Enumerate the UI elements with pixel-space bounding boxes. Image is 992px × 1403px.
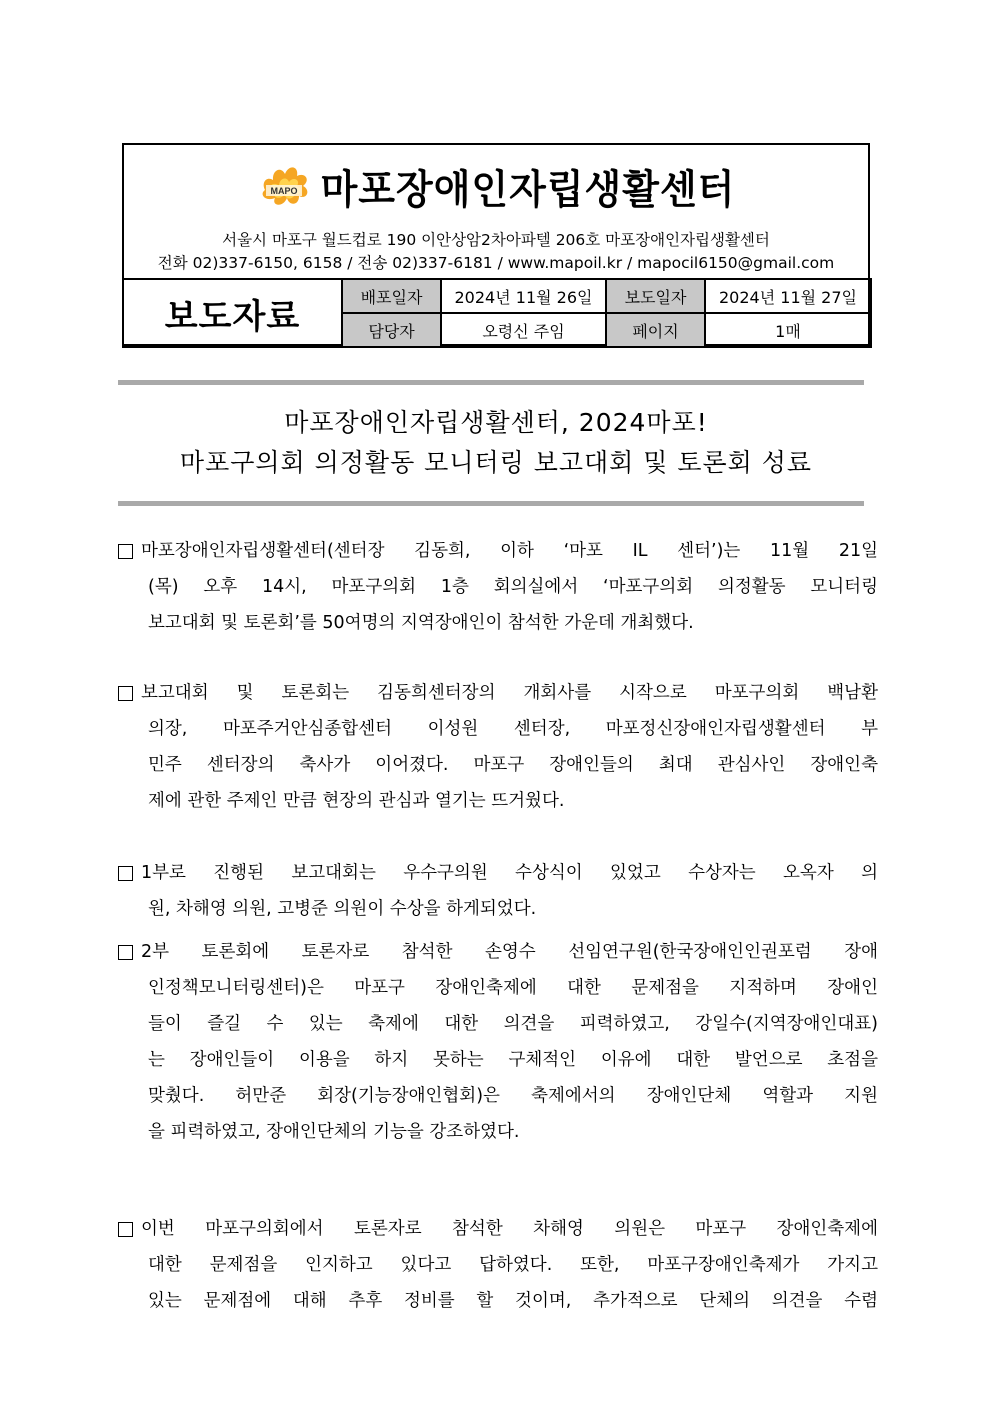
paragraph-4: 2부 토론회에 토론자로 참석한 손영수 선임연구원(한국장애인인권포럼 장애 … [118, 934, 878, 1150]
paragraph-2: 보고대회 및 토론회는 김동희센터장의 개회사를 시작으로 마포구의회 백남환 … [118, 675, 878, 819]
paragraph-line: 원, 차해영 의원, 고병준 의원이 수상을 하게되었다. [118, 891, 878, 927]
paragraph-line: 의장, 마포주거안심종합센터 이성원 센터장, 마포정신장애인자립생활센터 부 [118, 711, 878, 747]
mapo-logo-icon: MAPO [257, 160, 313, 210]
contact-line: 전화 02)337-6150, 6158 / 전송 02)337-6181 / … [124, 251, 868, 273]
checkbox-bullet-icon [118, 866, 133, 881]
release-date-label: 배포일자 [342, 279, 441, 313]
paragraph-line: 제에 관한 주제인 만큼 현장의 관심과 열기는 뜨거웠다. [118, 783, 878, 819]
paragraph-line: 들이 즐길 수 있는 축제에 대한 의견을 피력하였고, 강일수(지역장애인대표… [118, 1006, 878, 1042]
address-line: 서울시 마포구 월드컵로 190 이안상암2차아파텔 206호 마포장애인자립생… [124, 228, 868, 250]
svg-text:MAPO: MAPO [270, 186, 297, 196]
divider-top [118, 380, 864, 385]
paragraph-line: 을 피력하였고, 장애인단체의 기능을 강조하였다. [118, 1114, 878, 1150]
paragraph-line: 1부로 진행된 보고대회는 우수구의원 수상식이 있었고 수상자는 오옥자 의 [118, 855, 878, 891]
paragraph-line: 맞췄다. 허만준 회장(기능장애인협회)은 축제에서의 장애인단체 역할과 지원 [118, 1078, 878, 1114]
paragraph-line: 이번 마포구의회에서 토론자로 참석한 차해영 의원은 마포구 장애인축제에 [118, 1211, 878, 1247]
contact-person-label: 담당자 [342, 313, 441, 347]
paragraph-line: 대한 문제점을 인지하고 있다고 답하였다. 또한, 마포구장애인축제가 가지고 [118, 1247, 878, 1283]
report-date-value: 2024년 11월 27일 [705, 279, 871, 313]
checkbox-bullet-icon [118, 686, 133, 701]
divider-bottom [118, 501, 864, 506]
paragraph-line: 보고대회 및 토론회는 김동희센터장의 개회사를 시작으로 마포구의회 백남환 [118, 675, 878, 711]
paragraph-line: 는 장애인들이 이용을 하지 못하는 구체적인 이유에 대한 발언으로 초점을 [118, 1042, 878, 1078]
letterhead-box: MAPO 마포장애인자립생활센터 서울시 마포구 월드컵로 190 이안상암2차… [122, 143, 870, 346]
paragraph-line: 인정책모니터링센터)은 마포구 장애인축제에 대한 문제점을 지적하며 장애인 [118, 970, 878, 1006]
report-date-label: 보도일자 [606, 279, 705, 313]
paragraph-5: 이번 마포구의회에서 토론자로 참석한 차해영 의원은 마포구 장애인축제에 대… [118, 1211, 878, 1319]
paragraph-1: 마포장애인자립생활센터(센터장 김동희, 이하 ‘마포 IL 센터’)는 11월… [118, 533, 878, 641]
paragraph-line: 민주 센터장의 축사가 이어졌다. 마포구 장애인들의 최대 관심사인 장애인축 [118, 747, 878, 783]
paragraph-line: 마포장애인자립생활센터(센터장 김동희, 이하 ‘마포 IL 센터’)는 11월… [118, 533, 878, 569]
checkbox-bullet-icon [118, 945, 133, 960]
paragraph-line: 보고대회 및 토론회’를 50여명의 지역장애인이 참석한 가운데 개최했다. [118, 605, 878, 641]
page-count-value: 1매 [705, 313, 871, 347]
checkbox-bullet-icon [118, 544, 133, 559]
release-date-value: 2024년 11월 26일 [441, 279, 606, 313]
headline-line-2: 마포구의회 의정활동 모니터링 보고대회 및 토론회 성료 [100, 443, 892, 479]
page-count-label: 페이지 [606, 313, 705, 347]
org-name: 마포장애인자립생활센터 [321, 156, 736, 214]
checkbox-bullet-icon [118, 1222, 133, 1237]
headline-line-1: 마포장애인자립생활센터, 2024마포! [100, 403, 892, 439]
doc-type-title: 보도자료 [123, 279, 342, 347]
info-row: 보도자료 배포일자 2024년 11월 26일 보도일자 2024년 11월 2… [123, 279, 871, 313]
letterhead-logo-row: MAPO 마포장애인자립생활센터 [124, 155, 868, 215]
paragraph-3: 1부로 진행된 보고대회는 우수구의원 수상식이 있었고 수상자는 오옥자 의 … [118, 855, 878, 927]
contact-person-value: 오령신 주임 [441, 313, 606, 347]
press-info-table: 보도자료 배포일자 2024년 11월 26일 보도일자 2024년 11월 2… [122, 278, 872, 348]
paragraph-line: 있는 문제점에 대해 추후 정비를 할 것이며, 추가적으로 단체의 의견을 수… [118, 1283, 878, 1319]
paragraph-line: (목) 오후 14시, 마포구의회 1층 회의실에서 ‘마포구의회 의정활동 모… [118, 569, 878, 605]
paragraph-line: 2부 토론회에 토론자로 참석한 손영수 선임연구원(한국장애인인권포럼 장애 [118, 934, 878, 970]
